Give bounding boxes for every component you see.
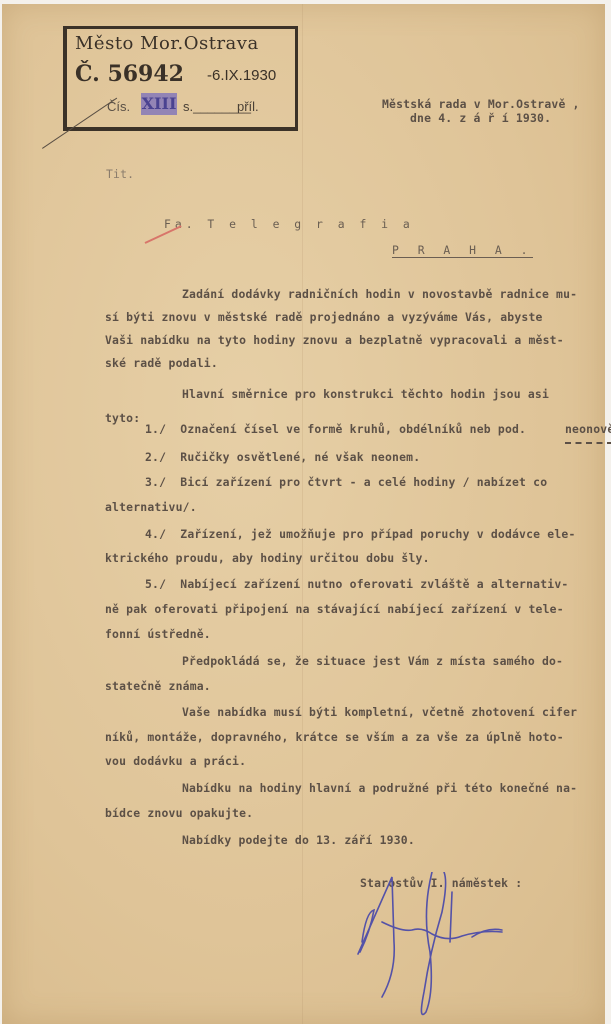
stamp-date: -6.IX.1930: [207, 67, 276, 84]
body-line: sí býti znovu v městské radě projednáno …: [105, 310, 543, 324]
stamp-pril-label: příl.: [237, 99, 259, 114]
body-line: ské radě podali.: [105, 356, 218, 370]
stamp-number: Č. 56942: [75, 61, 184, 87]
body-line: statečně známa.: [105, 679, 211, 693]
body-line: Zadání dodávky radničních hodin v novost…: [182, 287, 577, 301]
list-item-5: 5./ Nabíjecí zařízení nutno oferovati zv…: [145, 577, 568, 591]
list-item-2: 2./ Ručičky osvětlené, né však neonem.: [145, 450, 420, 464]
stamp-office: Město Mor.Ostrava: [75, 33, 259, 54]
list-item-1: 1./ Označení čísel ve formě kruhů, obdél…: [145, 422, 526, 436]
salutation: Tit.: [106, 167, 134, 181]
body-line: tyto:: [105, 411, 140, 425]
registry-stamp: Město Mor.Ostrava Č. 56942 -6.IX.1930 Čí…: [63, 26, 298, 131]
body-line: Vaši nabídku na tyto hodiny znovu a bezp…: [105, 333, 564, 347]
body-line: vou dodávku a práci.: [105, 754, 246, 768]
body-line: níků, montáže, dopravného, krátce se vší…: [105, 730, 564, 744]
body-line: Vaše nabídka musí býti kompletní, včetně…: [182, 705, 577, 719]
body-line: bídce znovu opakujte.: [105, 806, 253, 820]
underline-dashes: [565, 442, 611, 444]
sender-line: Městská rada v Mor.Ostravě ,: [382, 97, 580, 111]
stamp-section-roman: XIII: [141, 93, 177, 115]
list-item-4: 4./ Zařízení, jež umožňuje pro případ po…: [145, 527, 576, 541]
handwritten-signature: [352, 872, 522, 1022]
body-line: ně pak oferovati připojení na stávající …: [105, 602, 564, 616]
recipient-firm: Fa. T e l e g r a f i a: [164, 217, 414, 231]
body-line: ktrického proudu, aby hodiny určitou dob…: [105, 551, 430, 565]
body-line: Nabídku na hodiny hlavní a podružné při …: [182, 781, 577, 795]
letter-paper: Město Mor.Ostrava Č. 56942 -6.IX.1930 Čí…: [2, 4, 605, 1024]
body-line: Nabídky podejte do 13. září 1930.: [182, 833, 415, 847]
recipient-city: P R A H A .: [392, 243, 533, 258]
header-date: dne 4. z á ř í 1930.: [410, 111, 551, 125]
list-item-3: 3./ Bicí zařízení pro čtvrt - a celé hod…: [145, 475, 547, 489]
body-line: alternativu/.: [105, 500, 197, 514]
body-line: fonní ústředně.: [105, 627, 211, 641]
list-item-1-underlined: neonově: [565, 422, 611, 436]
body-line: Hlavní směrnice pro konstrukci těchto ho…: [182, 387, 549, 401]
body-line: Předpokládá se, že situace jest Vám z mí…: [182, 654, 563, 668]
